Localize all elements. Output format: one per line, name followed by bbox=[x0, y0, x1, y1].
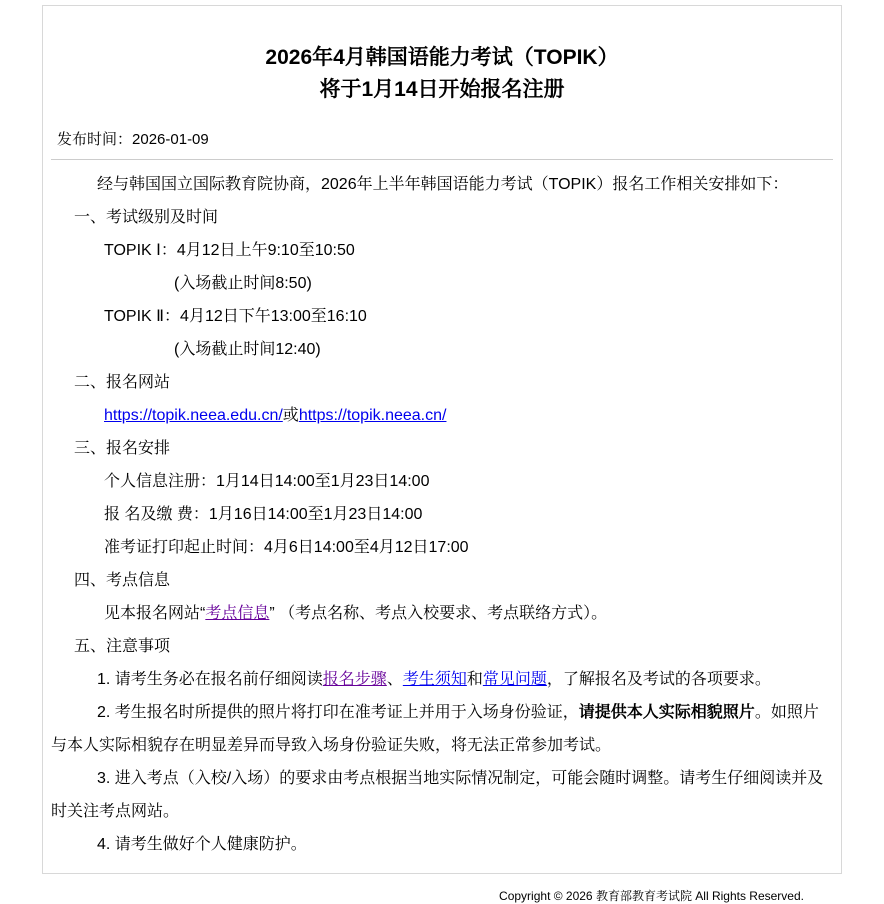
section-3-heading: 三、报名安排 bbox=[51, 432, 831, 465]
intro-paragraph: 经与韩国国立国际教育院协商，2026年上半年韩国语能力考试（TOPIK）报名工作… bbox=[51, 168, 831, 201]
registration-urls-line: https://topik.neea.edu.cn/或https://topik… bbox=[51, 399, 831, 432]
note-1: 1. 请考生务必在报名前仔细阅读报名步骤、考生须知和常见问题，了解报名及考试的各… bbox=[51, 663, 831, 696]
site-info-link[interactable]: 考点信息 bbox=[205, 605, 269, 622]
schedule-row-admission-ticket: 准考证打印起止时间：4月6日14:00至4月12日17:00 bbox=[51, 531, 831, 564]
registration-url-primary-link[interactable]: https://topik.neea.edu.cn/ bbox=[104, 407, 283, 424]
publish-row: 发布时间：2026-01-09 bbox=[43, 128, 841, 149]
registration-steps-link[interactable]: 报名步骤 bbox=[323, 671, 387, 688]
note-1-post-text: ，了解报名及考试的各项要求。 bbox=[547, 671, 771, 688]
site-info-pre-text: 见本报名网站“ bbox=[104, 605, 205, 622]
candidate-notice-link[interactable]: 考生须知 bbox=[403, 671, 467, 688]
site-info-post-text: ” （考点名称、考点入校要求、考点联络方式）。 bbox=[269, 605, 607, 622]
note-3: 3. 进入考点（入校/入场）的要求由考点根据当地实际情况制定，可能会随时调整。请… bbox=[51, 762, 831, 828]
publish-date: 2026-01-09 bbox=[132, 131, 209, 148]
section-4-heading: 四、考点信息 bbox=[51, 564, 831, 597]
registration-url-alternate-link[interactable]: https://topik.neea.cn/ bbox=[299, 407, 447, 424]
topik-2-entry-cutoff: (入场截止时间12:40) bbox=[51, 333, 831, 366]
url-separator: 或 bbox=[283, 407, 299, 424]
copyright-text: Copyright © 2026 教育部教育考试院 All Rights Res… bbox=[499, 889, 804, 903]
note-1-pre-text: 1. 请考生务必在报名前仔细阅读 bbox=[97, 671, 323, 688]
section-1-heading: 一、考试级别及时间 bbox=[51, 201, 831, 234]
note-1-separator-1: 、 bbox=[387, 671, 403, 688]
note-1-separator-2: 和 bbox=[467, 671, 483, 688]
section-5-heading: 五、注意事项 bbox=[51, 630, 831, 663]
page-title-line-1: 2026年4月韩国语能力考试（TOPIK） bbox=[43, 42, 841, 74]
page-title: 2026年4月韩国语能力考试（TOPIK） 将于1月14日开始报名注册 bbox=[43, 42, 841, 106]
publish-label: 发布时间： bbox=[57, 131, 132, 148]
note-4: 4. 请考生做好个人健康防护。 bbox=[51, 828, 831, 861]
page-title-line-2: 将于1月14日开始报名注册 bbox=[43, 74, 841, 106]
schedule-row-payment: 报 名及缴 费：1月16日14:00至1月23日14:00 bbox=[51, 498, 831, 531]
topik-1-entry-cutoff: (入场截止时间8:50) bbox=[51, 267, 831, 300]
site-info-sentence: 见本报名网站“考点信息” （考点名称、考点入校要求、考点联络方式）。 bbox=[51, 597, 831, 630]
notice-body: 经与韩国国立国际教育院协商，2026年上半年韩国语能力考试（TOPIK）报名工作… bbox=[43, 160, 841, 861]
note-2: 2. 考生报名时所提供的照片将打印在准考证上并用于入场身份验证，请提供本人实际相… bbox=[51, 696, 831, 762]
section-2-heading: 二、报名网站 bbox=[51, 366, 831, 399]
page: 2026年4月韩国语能力考试（TOPIK） 将于1月14日开始报名注册 发布时间… bbox=[0, 5, 884, 904]
page-footer: Copyright © 2026 教育部教育考试院 All Rights Res… bbox=[42, 887, 842, 904]
topik-2-time: TOPIK Ⅱ：4月12日下午13:00至16:10 bbox=[51, 300, 831, 333]
photo-requirement-emphasis: 请提供本人实际相貌照片 bbox=[579, 704, 755, 721]
note-2-pre-text: 2. 考生报名时所提供的照片将打印在准考证上并用于入场身份验证， bbox=[97, 704, 579, 721]
schedule-row-registration: 个人信息注册：1月14日14:00至1月23日14:00 bbox=[51, 465, 831, 498]
faq-link[interactable]: 常见问题 bbox=[483, 671, 547, 688]
topik-1-time: TOPIK Ⅰ：4月12日上午9:10至10:50 bbox=[51, 234, 831, 267]
notice-card: 2026年4月韩国语能力考试（TOPIK） 将于1月14日开始报名注册 发布时间… bbox=[42, 5, 842, 874]
